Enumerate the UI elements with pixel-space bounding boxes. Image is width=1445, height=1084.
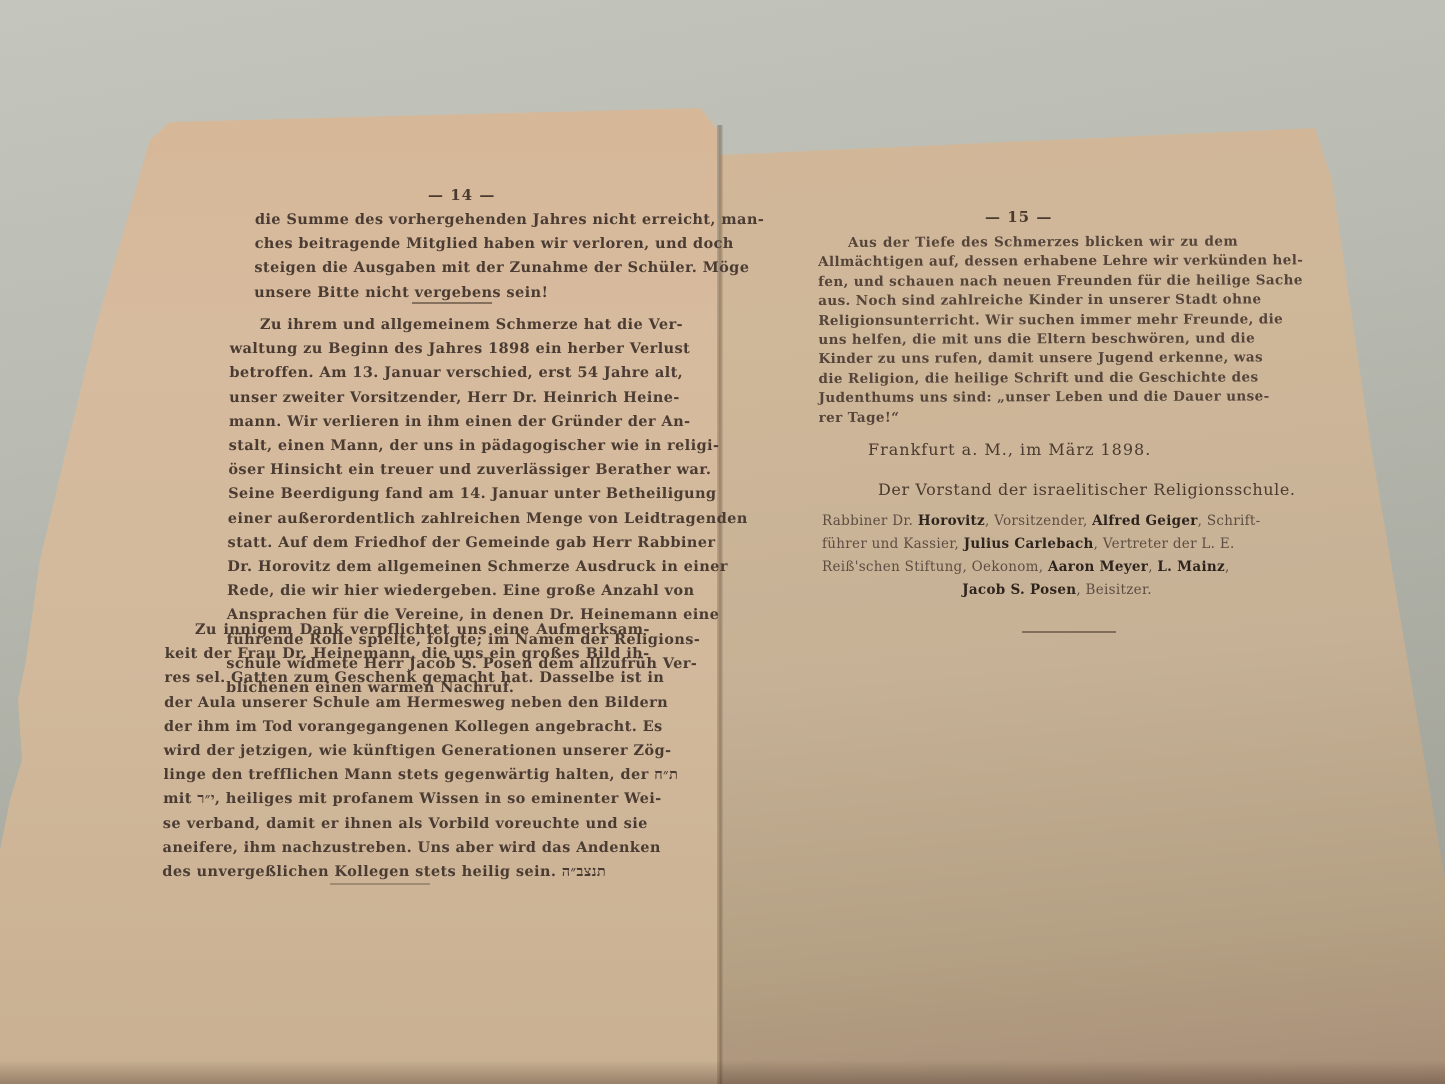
text-line: stalt, einen Mann, der uns in pädagogisc… — [228, 434, 658, 458]
signer-name: Julius Carlebach — [964, 536, 1094, 552]
photo-scene: — 14 — die Summe des vorhergehenden Jahr… — [0, 0, 1445, 1084]
signer-name: Jacob S. Posen — [962, 582, 1076, 598]
left-paragraph-1: die Summe des vorhergehenden Jahres nich… — [254, 208, 675, 305]
signer-text: , — [1148, 559, 1157, 575]
text-line: des unvergeßlichen Kollegen stets heilig… — [162, 860, 647, 884]
text-line: uns helfen, die mit uns die Eltern besch… — [818, 330, 1238, 351]
text-line: Zu ihrem und allgemeinem Schmerze hat di… — [230, 313, 660, 337]
text-line: mit י״ר, heiliges mit profanem Wissen in… — [163, 787, 648, 811]
text-line: Kinder zu uns rufen, damit unsere Jugend… — [818, 349, 1238, 370]
text-line: betroffen. Am 13. Januar verschied, erst… — [229, 361, 659, 385]
signer-line: Jacob S. Posen, Beisitzer. — [822, 579, 1292, 602]
text-line: fen, und schauen nach neuen Freunden für… — [818, 271, 1238, 292]
right-page-number: — 15 — — [985, 208, 1052, 226]
signer-name: Horovitz — [918, 513, 985, 529]
text-line: res sel. Gatten zum Geschenk gemacht hat… — [164, 666, 649, 690]
text-line: die Religion, die heilige Schrift und di… — [818, 368, 1238, 389]
signer-text: führer und Kassier, — [822, 536, 964, 552]
text-line: ches beitragende Mitglied haben wir verl… — [254, 232, 674, 256]
right-paragraph-1: Aus der Tiefe des Schmerzes blicken wir … — [818, 233, 1239, 429]
signer-text: Reiß'schen Stiftung, Oekonom, — [822, 559, 1048, 575]
signer-text: , — [1225, 559, 1230, 575]
text-line: Zu innigem Dank verpflichtet uns eine Au… — [165, 618, 650, 642]
text-line: Rede, die wir hier wiedergeben. Eine gro… — [227, 579, 657, 603]
section-divider — [1022, 631, 1116, 633]
signer-text: , Beisitzer. — [1076, 582, 1151, 598]
signer-text: Rabbiner Dr. — [822, 513, 918, 529]
board-title: Der Vorstand der israelitischer Religion… — [878, 480, 1296, 499]
text-line: statt. Auf dem Friedhof der Gemeinde gab… — [227, 531, 657, 555]
text-line: linge den trefflichen Mann stets gegenwä… — [163, 763, 648, 787]
text-line: aneifere, ihm nachzustreben. Uns aber wi… — [162, 836, 647, 860]
signer-name: Aaron Meyer — [1048, 559, 1148, 575]
text-line: der Aula unserer Schule am Hermesweg neb… — [164, 691, 649, 715]
signer-text: , Schrift- — [1198, 513, 1261, 529]
text-line: wird der jetzigen, wie künftigen Generat… — [163, 739, 648, 763]
text-line: mann. Wir verlieren in ihm einen der Grü… — [229, 410, 659, 434]
signer-line: führer und Kassier, Julius Carlebach, Ve… — [822, 533, 1292, 556]
place-date: Frankfurt a. M., im März 1898. — [868, 440, 1151, 459]
text-line: se verband, damit er ihnen als Vorbild v… — [163, 812, 648, 836]
text-line: die Summe des vorhergehenden Jahres nich… — [255, 208, 675, 232]
signer-text: , Vertreter der L. E. — [1094, 536, 1235, 552]
text-line: einer außerordentlich zahlreichen Menge … — [228, 507, 658, 531]
section-divider — [330, 883, 430, 885]
signatories: Rabbiner Dr. Horovitz, Vorsitzender, Alf… — [822, 510, 1292, 602]
text-line: Religionsunterricht. Wir suchen immer me… — [818, 310, 1238, 331]
text-line: Allmächtigen auf, dessen erhabene Lehre … — [818, 252, 1238, 273]
text-line: steigen die Ausgaben mit der Zunahme der… — [254, 256, 674, 280]
text-line: unser zweiter Vorsitzender, Herr Dr. Hei… — [229, 386, 659, 410]
text-line: aus. Noch sind zahlreiche Kinder in unse… — [818, 291, 1238, 312]
left-page-number: — 14 — — [428, 186, 495, 204]
text-line: rer Tage!“ — [819, 407, 1239, 428]
text-line: keit der Frau Dr. Heinemann, die uns ein… — [164, 642, 649, 666]
text-line: Judenthums uns sind: „unser Leben und di… — [819, 388, 1239, 409]
signer-line: Reiß'schen Stiftung, Oekonom, Aaron Meye… — [822, 556, 1292, 579]
text-line: waltung zu Beginn des Jahres 1898 ein he… — [229, 337, 659, 361]
text-line: der ihm im Tod vorangegangenen Kollegen … — [164, 715, 649, 739]
signer-name: L. Mainz — [1157, 559, 1225, 575]
signer-name: Alfred Geiger — [1092, 513, 1198, 529]
left-paragraph-3: Zu innigem Dank verpflichtet uns eine Au… — [162, 618, 650, 884]
signer-line: Rabbiner Dr. Horovitz, Vorsitzender, Alf… — [822, 510, 1292, 533]
text-line: öser Hinsicht ein treuer und zuverlässig… — [228, 458, 658, 482]
text-line: Dr. Horovitz dem allgemeinen Schmerze Au… — [227, 555, 657, 579]
text-line: Seine Beerdigung fand am 14. Januar unte… — [228, 482, 658, 506]
section-divider — [412, 302, 492, 304]
signer-text: , Vorsitzender, — [985, 513, 1092, 529]
text-line: Aus der Tiefe des Schmerzes blicken wir … — [818, 233, 1238, 254]
bottom-shadow — [0, 1060, 1445, 1084]
